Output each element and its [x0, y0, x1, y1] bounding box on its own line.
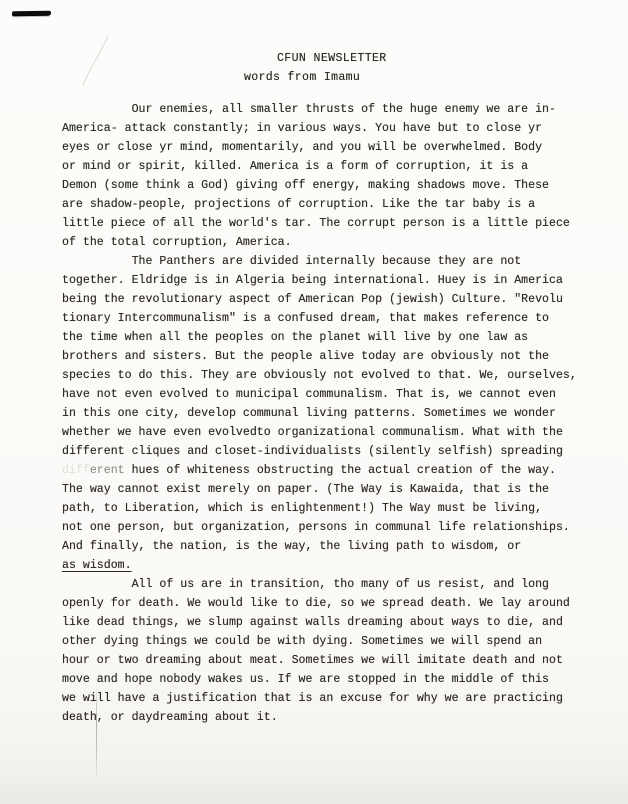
page-subtitle: words from Imamu [244, 68, 360, 87]
text-line: in this one city, develop communal livin… [62, 404, 602, 423]
text-line: other dying things we could be with dyin… [62, 632, 602, 651]
text-line: All of us are in transition, tho many of… [62, 575, 602, 594]
text-line: different cliques and closet-individuali… [62, 442, 602, 461]
text-line: being the revolutionary aspect of Americ… [62, 290, 602, 309]
text-line: hour or two dreaming about meat. Sometim… [62, 651, 602, 670]
scratch-artifact [70, 28, 120, 93]
text-line: or mind or spirit, killed. America is a … [62, 157, 602, 176]
document-body: Our enemies, all smaller thrusts of the … [62, 100, 602, 727]
page-title: CFUN NEWSLETTER [277, 49, 387, 68]
text-line: we will have a justification that is an … [62, 689, 602, 708]
scanned-document-page: CFUN NEWSLETTER words from Imamu Our ene… [0, 0, 628, 804]
text-line: And finally, the nation, is the way, the… [62, 537, 602, 556]
faded-text-segment: erent [90, 464, 125, 477]
text-line: whether we have even evolvedto organizat… [62, 423, 602, 442]
faded-text-segment: diff [62, 464, 90, 477]
text-line: The way cannot exist merely on paper. (T… [62, 480, 602, 499]
text-line: species to do this. They are obviously n… [62, 366, 602, 385]
text-line: eyes or close yr mind, momentarily, and … [62, 138, 602, 157]
text-line: openly for death. We would like to die, … [62, 594, 602, 613]
text-line: tionary Intercommunalism" is a confused … [62, 309, 602, 328]
text-line: not one person, but organization, person… [62, 518, 602, 537]
text-line: together. Eldridge is in Algeria being i… [62, 271, 602, 290]
text-line: The Panthers are divided internally beca… [62, 252, 602, 271]
text-line: are shadow-people, projections of corrup… [62, 195, 602, 214]
ink-mark [12, 11, 51, 16]
text-segment: hues of whiteness obstructing the actual… [125, 464, 556, 477]
text-line: the time when all the peoples on the pla… [62, 328, 602, 347]
text-line: Demon (some think a God) giving off ener… [62, 176, 602, 195]
crease-line [96, 684, 97, 776]
text-line: brothers and sisters. But the people ali… [62, 347, 602, 366]
text-line: like dead things, we slump against walls… [62, 613, 602, 632]
text-line: as wisdom. [62, 556, 602, 575]
text-line: America- attack constantly; in various w… [62, 119, 602, 138]
text-line: little piece of all the world's tar. The… [62, 214, 602, 233]
text-line: of the total corruption, America. [62, 233, 602, 252]
text-line: Our enemies, all smaller thrusts of the … [62, 100, 602, 119]
text-line: death, or daydreaming about it. [62, 708, 602, 727]
text-line: move and hope nobody wakes us. If we are… [62, 670, 602, 689]
text-line: different hues of whiteness obstructing … [62, 461, 602, 480]
text-line: have not even evolved to municipal commu… [62, 385, 602, 404]
text-line: path, to Liberation, which is enlightenm… [62, 499, 602, 518]
